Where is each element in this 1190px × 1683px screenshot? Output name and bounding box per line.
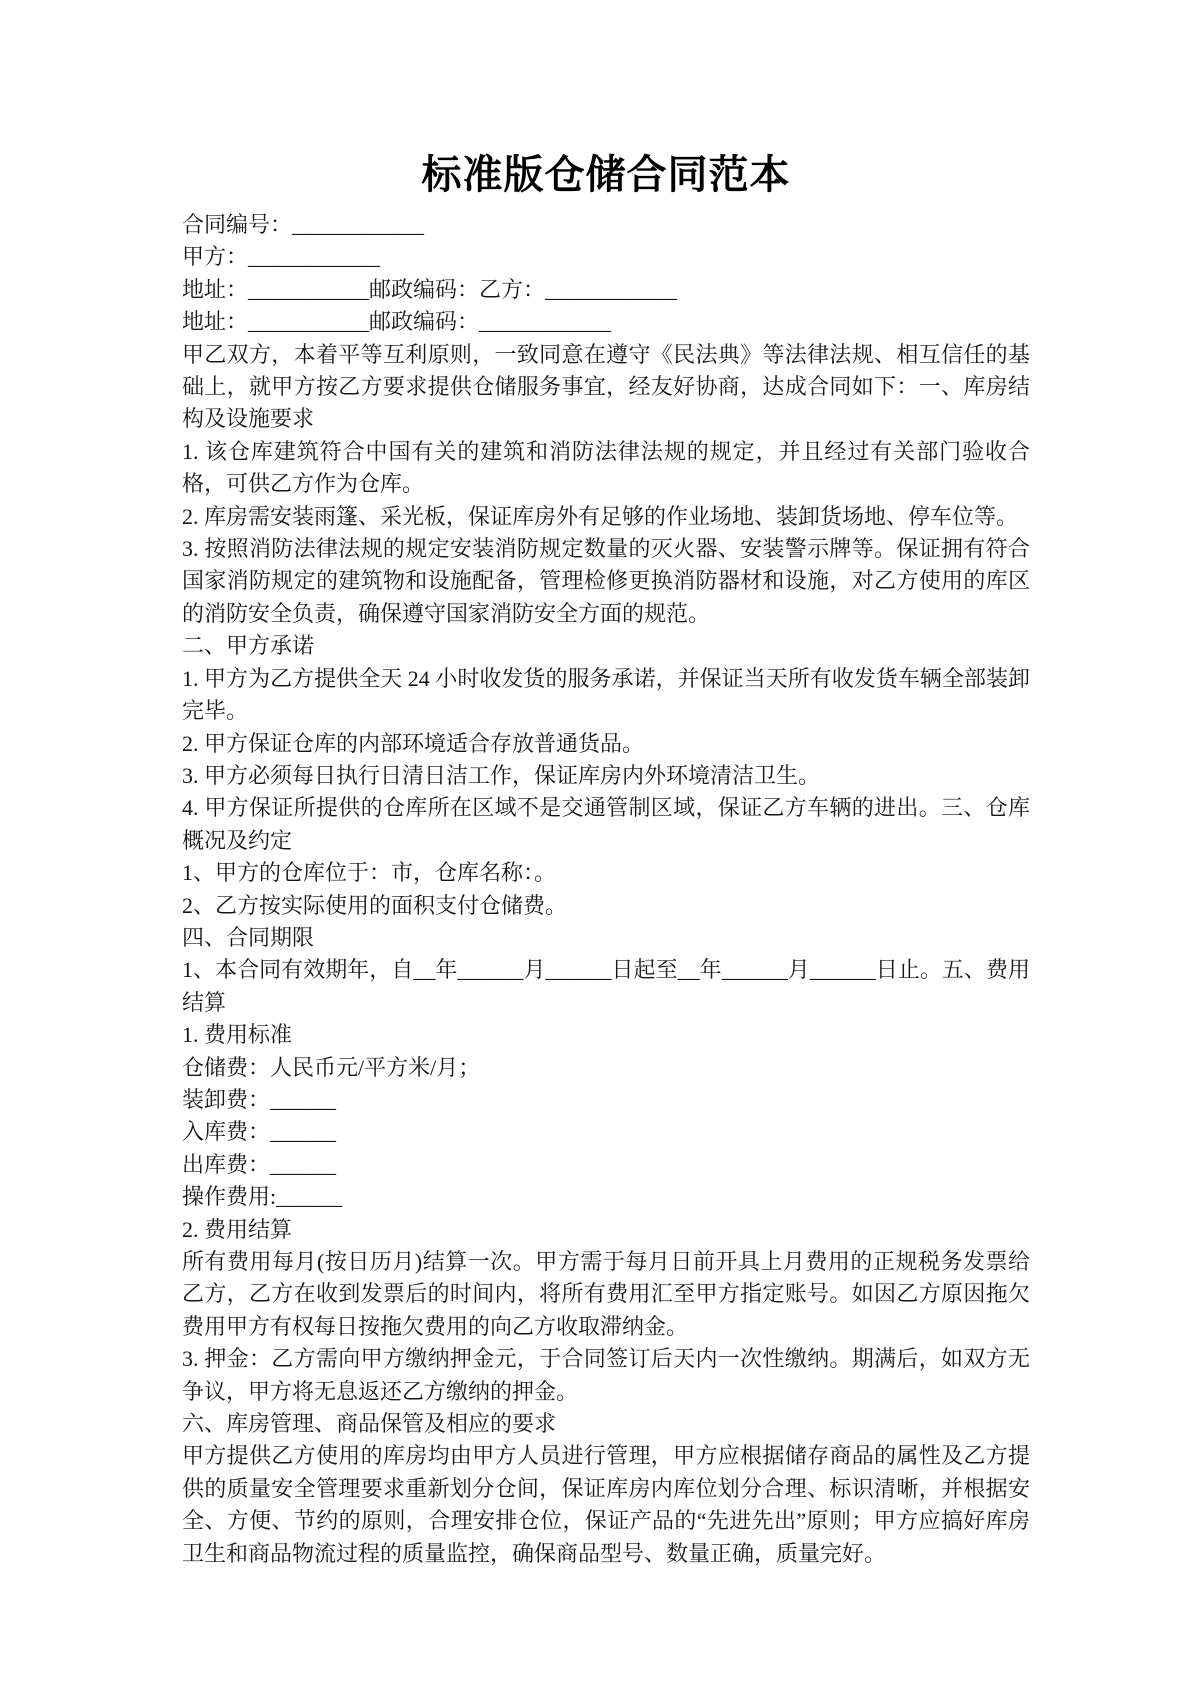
clause-5-2-heading: 2. 费用结算 (182, 1214, 1030, 1246)
section-4-heading: 四、合同期限 (182, 922, 1030, 954)
clause-5-2-body: 所有费用每月(按日历月)结算一次。甲方需于每月日前开具上月费用的正规税务发票给乙… (182, 1246, 1030, 1343)
clause-2-2: 2. 甲方保证仓库的内部环境适合存放普通货品。 (182, 728, 1030, 760)
contract-document-page: 标准版仓储合同范本 合同编号：____________ 甲方：_________… (0, 0, 1190, 1683)
fee-operation-line: 操作费用:______ (182, 1181, 1030, 1213)
clause-1-2: 2. 库房需安装雨篷、采光板，保证库房外有足够的作业场地、装卸货场地、停车位等。 (182, 501, 1030, 533)
clause-3-1: 1、甲方的仓库位于：市，仓库名称：。 (182, 857, 1030, 889)
clause-1-1: 1. 该仓库建筑符合中国有关的建筑和消防法律法规的规定，并且经过有关部门验收合格… (182, 436, 1030, 501)
clause-2-1: 1. 甲方为乙方提供全天 24 小时收发货的服务承诺，并保证当天所有收发货车辆全… (182, 663, 1030, 728)
address-postcode-line: 地址：___________邮政编码：____________ (182, 306, 1030, 338)
clause-5-3-deposit: 3. 押金：乙方需向甲方缴纳押金元，于合同签订后天内一次性缴纳。期满后，如双方无… (182, 1343, 1030, 1408)
section-6-heading: 六、库房管理、商品保管及相应的要求 (182, 1408, 1030, 1440)
fee-loading-line: 装卸费：______ (182, 1084, 1030, 1116)
clause-4-1-and-section-5-heading: 1、本合同有效期年，自__年______月______日起至__年______月… (182, 954, 1030, 1019)
party-a-line: 甲方：____________ (182, 241, 1030, 273)
fee-storage-line: 仓储费：人民币元/平方米/月； (182, 1052, 1030, 1084)
section-2-heading: 二、甲方承诺 (182, 630, 1030, 662)
clause-3-2: 2、乙方按实际使用的面积支付仓储费。 (182, 890, 1030, 922)
contract-number-line: 合同编号：____________ (182, 209, 1030, 241)
preamble-and-section-1-heading: 甲乙双方，本着平等互利原则，一致同意在遵守《民法典》等法律法规、相互信任的基础上… (182, 339, 1030, 436)
clause-5-1-heading: 1. 费用标准 (182, 1019, 1030, 1051)
clause-2-4-and-section-3-heading: 4. 甲方保证所提供的仓库所在区域不是交通管制区域，保证乙方车辆的进出。三、仓库… (182, 792, 1030, 857)
clause-1-3: 3. 按照消防法律法规的规定安装消防规定数量的灭火器、安装警示牌等。保证拥有符合… (182, 533, 1030, 630)
section-6-body: 甲方提供乙方使用的库房均由甲方人员进行管理，甲方应根据储存商品的属性及乙方提供的… (182, 1440, 1030, 1570)
fee-inbound-line: 入库费：______ (182, 1116, 1030, 1148)
clause-2-3: 3. 甲方必须每日执行日清日洁工作，保证库房内外环境清洁卫生。 (182, 760, 1030, 792)
document-content: 标准版仓储合同范本 合同编号：____________ 甲方：_________… (182, 146, 1030, 1570)
address-postcode-party-b-line: 地址：___________邮政编码：乙方：____________ (182, 274, 1030, 306)
fee-outbound-line: 出库费：______ (182, 1149, 1030, 1181)
document-title: 标准版仓储合同范本 (182, 146, 1030, 204)
